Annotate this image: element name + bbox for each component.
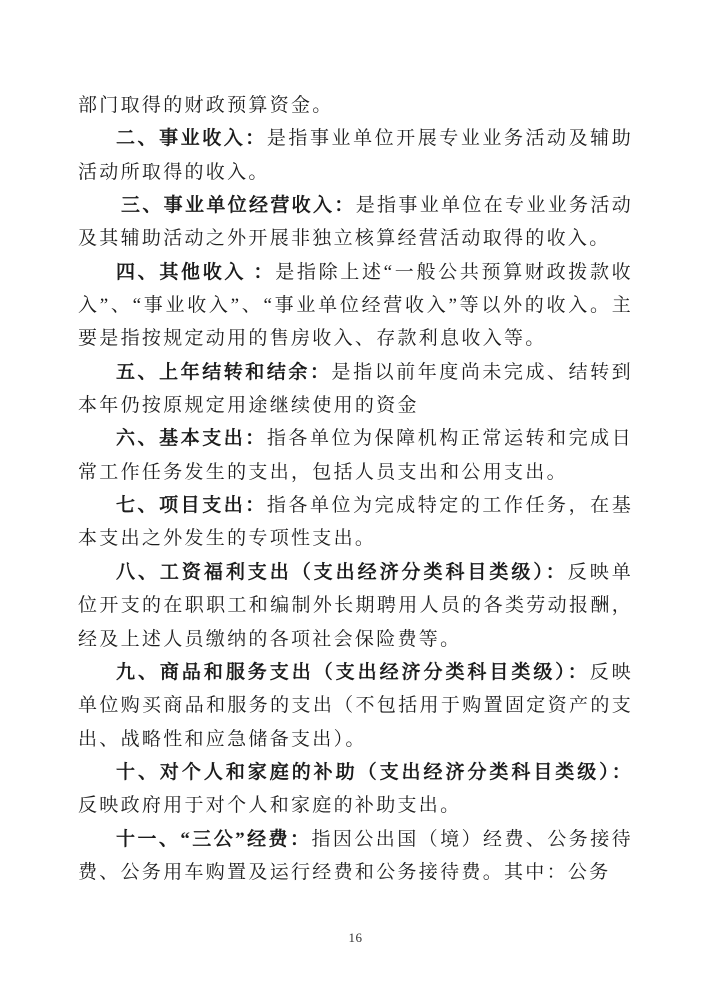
paragraph-lead: 二、事业收入：: [116, 128, 267, 149]
paragraph: 七、项目支出：指各单位为完成特定的工作任务，在基本支出之外发生的专项性支出。: [78, 489, 633, 556]
paragraph-lead: 九、商品和服务支出（支出经济分类科目类级）：: [116, 662, 590, 683]
paragraph: 四、其他收入 ：是指除上述“一般公共预算财政拨款收入”、“事业收入”、“事业单位…: [78, 256, 633, 356]
paragraph: 九、商品和服务支出（支出经济分类科目类级）：反映单位购买商品和服务的支出（不包括…: [78, 656, 633, 756]
paragraph-lead: 八、工资福利支出（支出经济分类科目类级）：: [116, 562, 568, 583]
paragraph-body: 反映政府用于对个人和家庭的补助支出。: [78, 795, 461, 816]
paragraph: 五、上年结转和结余：是指以前年度尚未完成、结转到本年仍按原规定用途继续使用的资金: [78, 356, 633, 423]
paragraph: 部门取得的财政预算资金。: [78, 89, 633, 122]
document-body: 部门取得的财政预算资金。 二、事业收入：是指事业单位开展专业业务活动及辅助活动所…: [78, 89, 633, 889]
paragraph-lead: 十一、“三公”经费：: [116, 829, 311, 850]
paragraph-lead: 十、对个人和家庭的补助（支出经济分类科目类级）：: [116, 762, 633, 783]
page-number: 16: [0, 930, 711, 946]
paragraph-lead: 五、上年结转和结余：: [116, 362, 332, 383]
paragraph: 六、基本支出：指各单位为保障机构正常运转和完成日常工作任务发生的支出，包括人员支…: [78, 422, 633, 489]
paragraph-lead: 六、基本支出：: [116, 428, 267, 449]
paragraph-lead: 四、其他收入 ：: [116, 262, 275, 283]
paragraph: 三、事业单位经营收入：是指事业单位在专业业务活动及其辅助活动之外开展非独立核算经…: [78, 189, 633, 256]
document-page: 部门取得的财政预算资金。 二、事业收入：是指事业单位开展专业业务活动及辅助活动所…: [0, 0, 711, 1005]
paragraph: 十、对个人和家庭的补助（支出经济分类科目类级）：反映政府用于对个人和家庭的补助支…: [78, 756, 633, 823]
paragraph: 十一、“三公”经费：指因公出国（境）经费、公务接待费、公务用车购置及运行经费和公…: [78, 823, 633, 890]
paragraph-lead: 三、事业单位经营收入：: [121, 195, 356, 216]
paragraph: 八、工资福利支出（支出经济分类科目类级）：反映单位开支的在职职工和编制外长期聘用…: [78, 556, 633, 656]
paragraph-lead: 七、项目支出：: [116, 495, 267, 516]
paragraph-body: 部门取得的财政预算资金。: [78, 95, 334, 116]
paragraph: 二、事业收入：是指事业单位开展专业业务活动及辅助活动所取得的收入。: [78, 122, 633, 189]
